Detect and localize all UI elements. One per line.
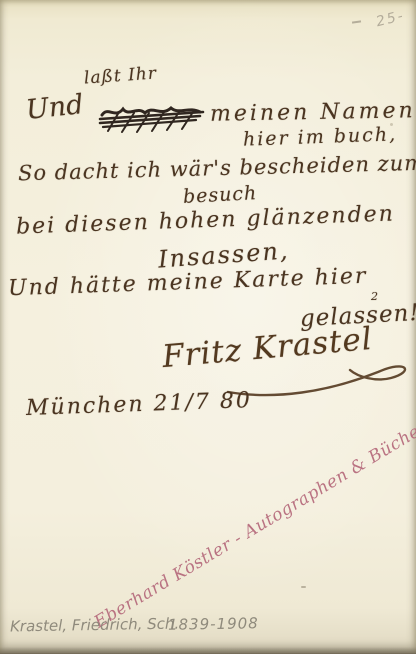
manuscript-line7: Und hätte meine Karte hier [8,266,368,301]
crossed-out-word [98,99,208,137]
paper-speck [390,123,393,126]
manuscript-line5: bei diesen hohen glänzenden [16,203,396,238]
manuscript-line2: hier im buch, [243,125,398,149]
manuscript-line7-superscript: 2 [371,291,378,302]
place-and-date-line: München 21/7 80 [26,390,253,420]
paper-speck [301,586,306,588]
manuscript-insertion-line: laßt Ihr [83,65,157,87]
pencil-catalog-name: Krastel, Friedrich, Sch. [10,617,179,635]
manuscript-line3: So dacht ich wär's bescheiden zum [18,153,416,185]
manuscript-line1-rest: meinen Namen [210,100,416,126]
pencil-stray-dash [352,20,361,23]
pencil-price-note: 25- [375,9,406,30]
dealer-watermark: Eberhard Köstler - Autographen & Bücher [91,417,416,632]
manuscript-line4: besuch [183,184,258,207]
page-bottom-shadow [0,647,416,654]
scanned-autograph-page: 25- laßt Ihr Und meinen Namen hier im bu… [0,0,416,654]
manuscript-line1-first-word: Und [25,91,85,124]
pencil-life-dates: 1839-1908 [168,616,259,633]
